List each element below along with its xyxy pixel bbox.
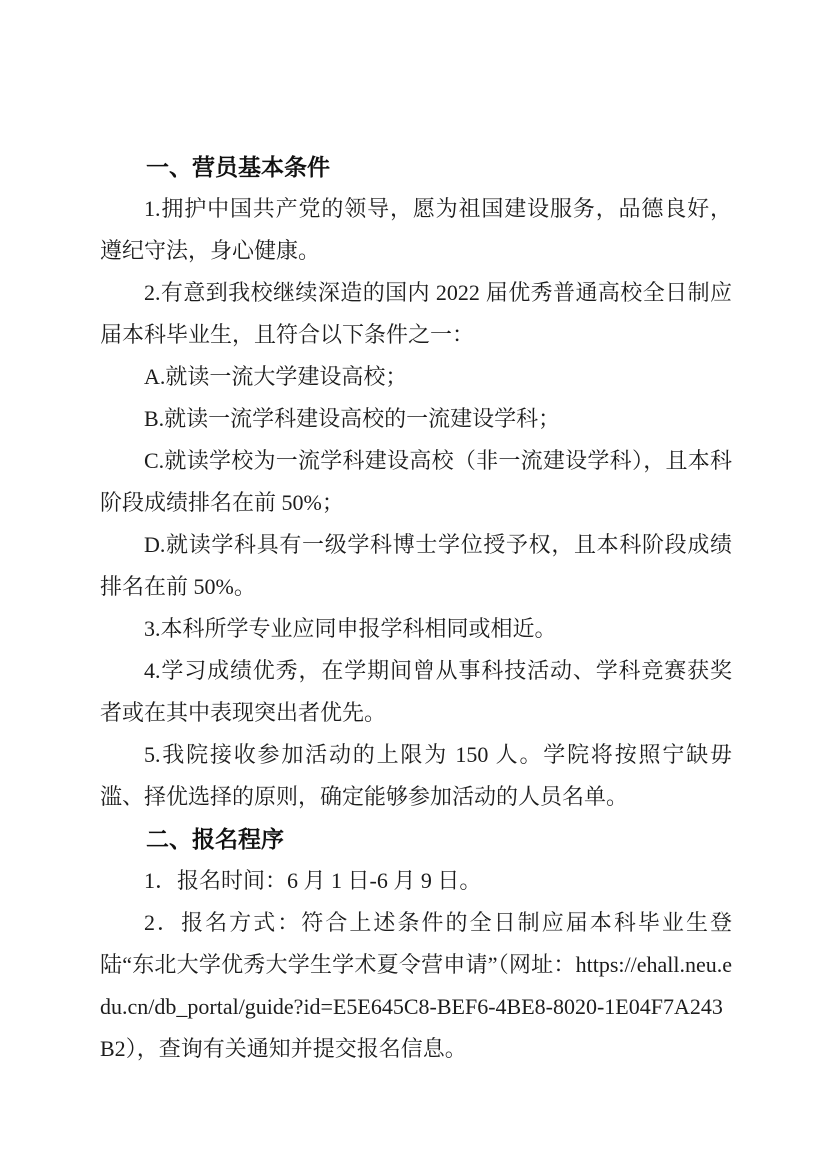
apply-method-suffix: ），查询有关通知并提交报名信息。: [126, 1036, 467, 1061]
section1-item3: 3.本科所学专业应同申报学科相同或相近。: [100, 608, 732, 650]
section2-item2: 2．报名方式：符合上述条件的全日制应届本科毕业生登陆“东北大学优秀大学生学术夏令…: [100, 902, 732, 1070]
section1-itemC: C.就读学校为一流学科建设高校（非一流建设学科），且本科阶段成绩排名在前 50%…: [100, 440, 732, 524]
section1-itemD: D.就读学科具有一级学科博士学位授予权，且本科阶段成绩排名在前 50%。: [100, 524, 732, 608]
section1-item5: 5.我院接收参加活动的上限为 150 人。学院将按照宁缺毋滥、择优选择的原则，确…: [100, 734, 732, 818]
section1-item2: 2.有意到我校继续深造的国内 2022 届优秀普通高校全日制应届本科毕业生，且符…: [100, 272, 732, 356]
section1-heading: 一、营员基本条件: [100, 146, 732, 188]
section1-item4: 4.学习成绩优秀，在学期间曾从事科技活动、学科竞赛获奖者或在其中表现突出者优先。: [100, 650, 732, 734]
section1-itemA: A.就读一流大学建设高校；: [100, 356, 732, 398]
section1-itemB: B.就读一流学科建设高校的一流建设学科；: [100, 398, 732, 440]
section2-heading: 二、报名程序: [100, 818, 732, 860]
document-content: 一、营员基本条件 1.拥护中国共产党的领导，愿为祖国建设服务，品德良好，遵纪守法…: [100, 146, 732, 1070]
document-page: 一、营员基本条件 1.拥护中国共产党的领导，愿为祖国建设服务，品德良好，遵纪守法…: [0, 0, 826, 1169]
section2-item1: 1．报名时间：6 月 1 日-6 月 9 日。: [100, 860, 732, 902]
section1-item1: 1.拥护中国共产党的领导，愿为祖国建设服务，品德良好，遵纪守法，身心健康。: [100, 188, 732, 272]
